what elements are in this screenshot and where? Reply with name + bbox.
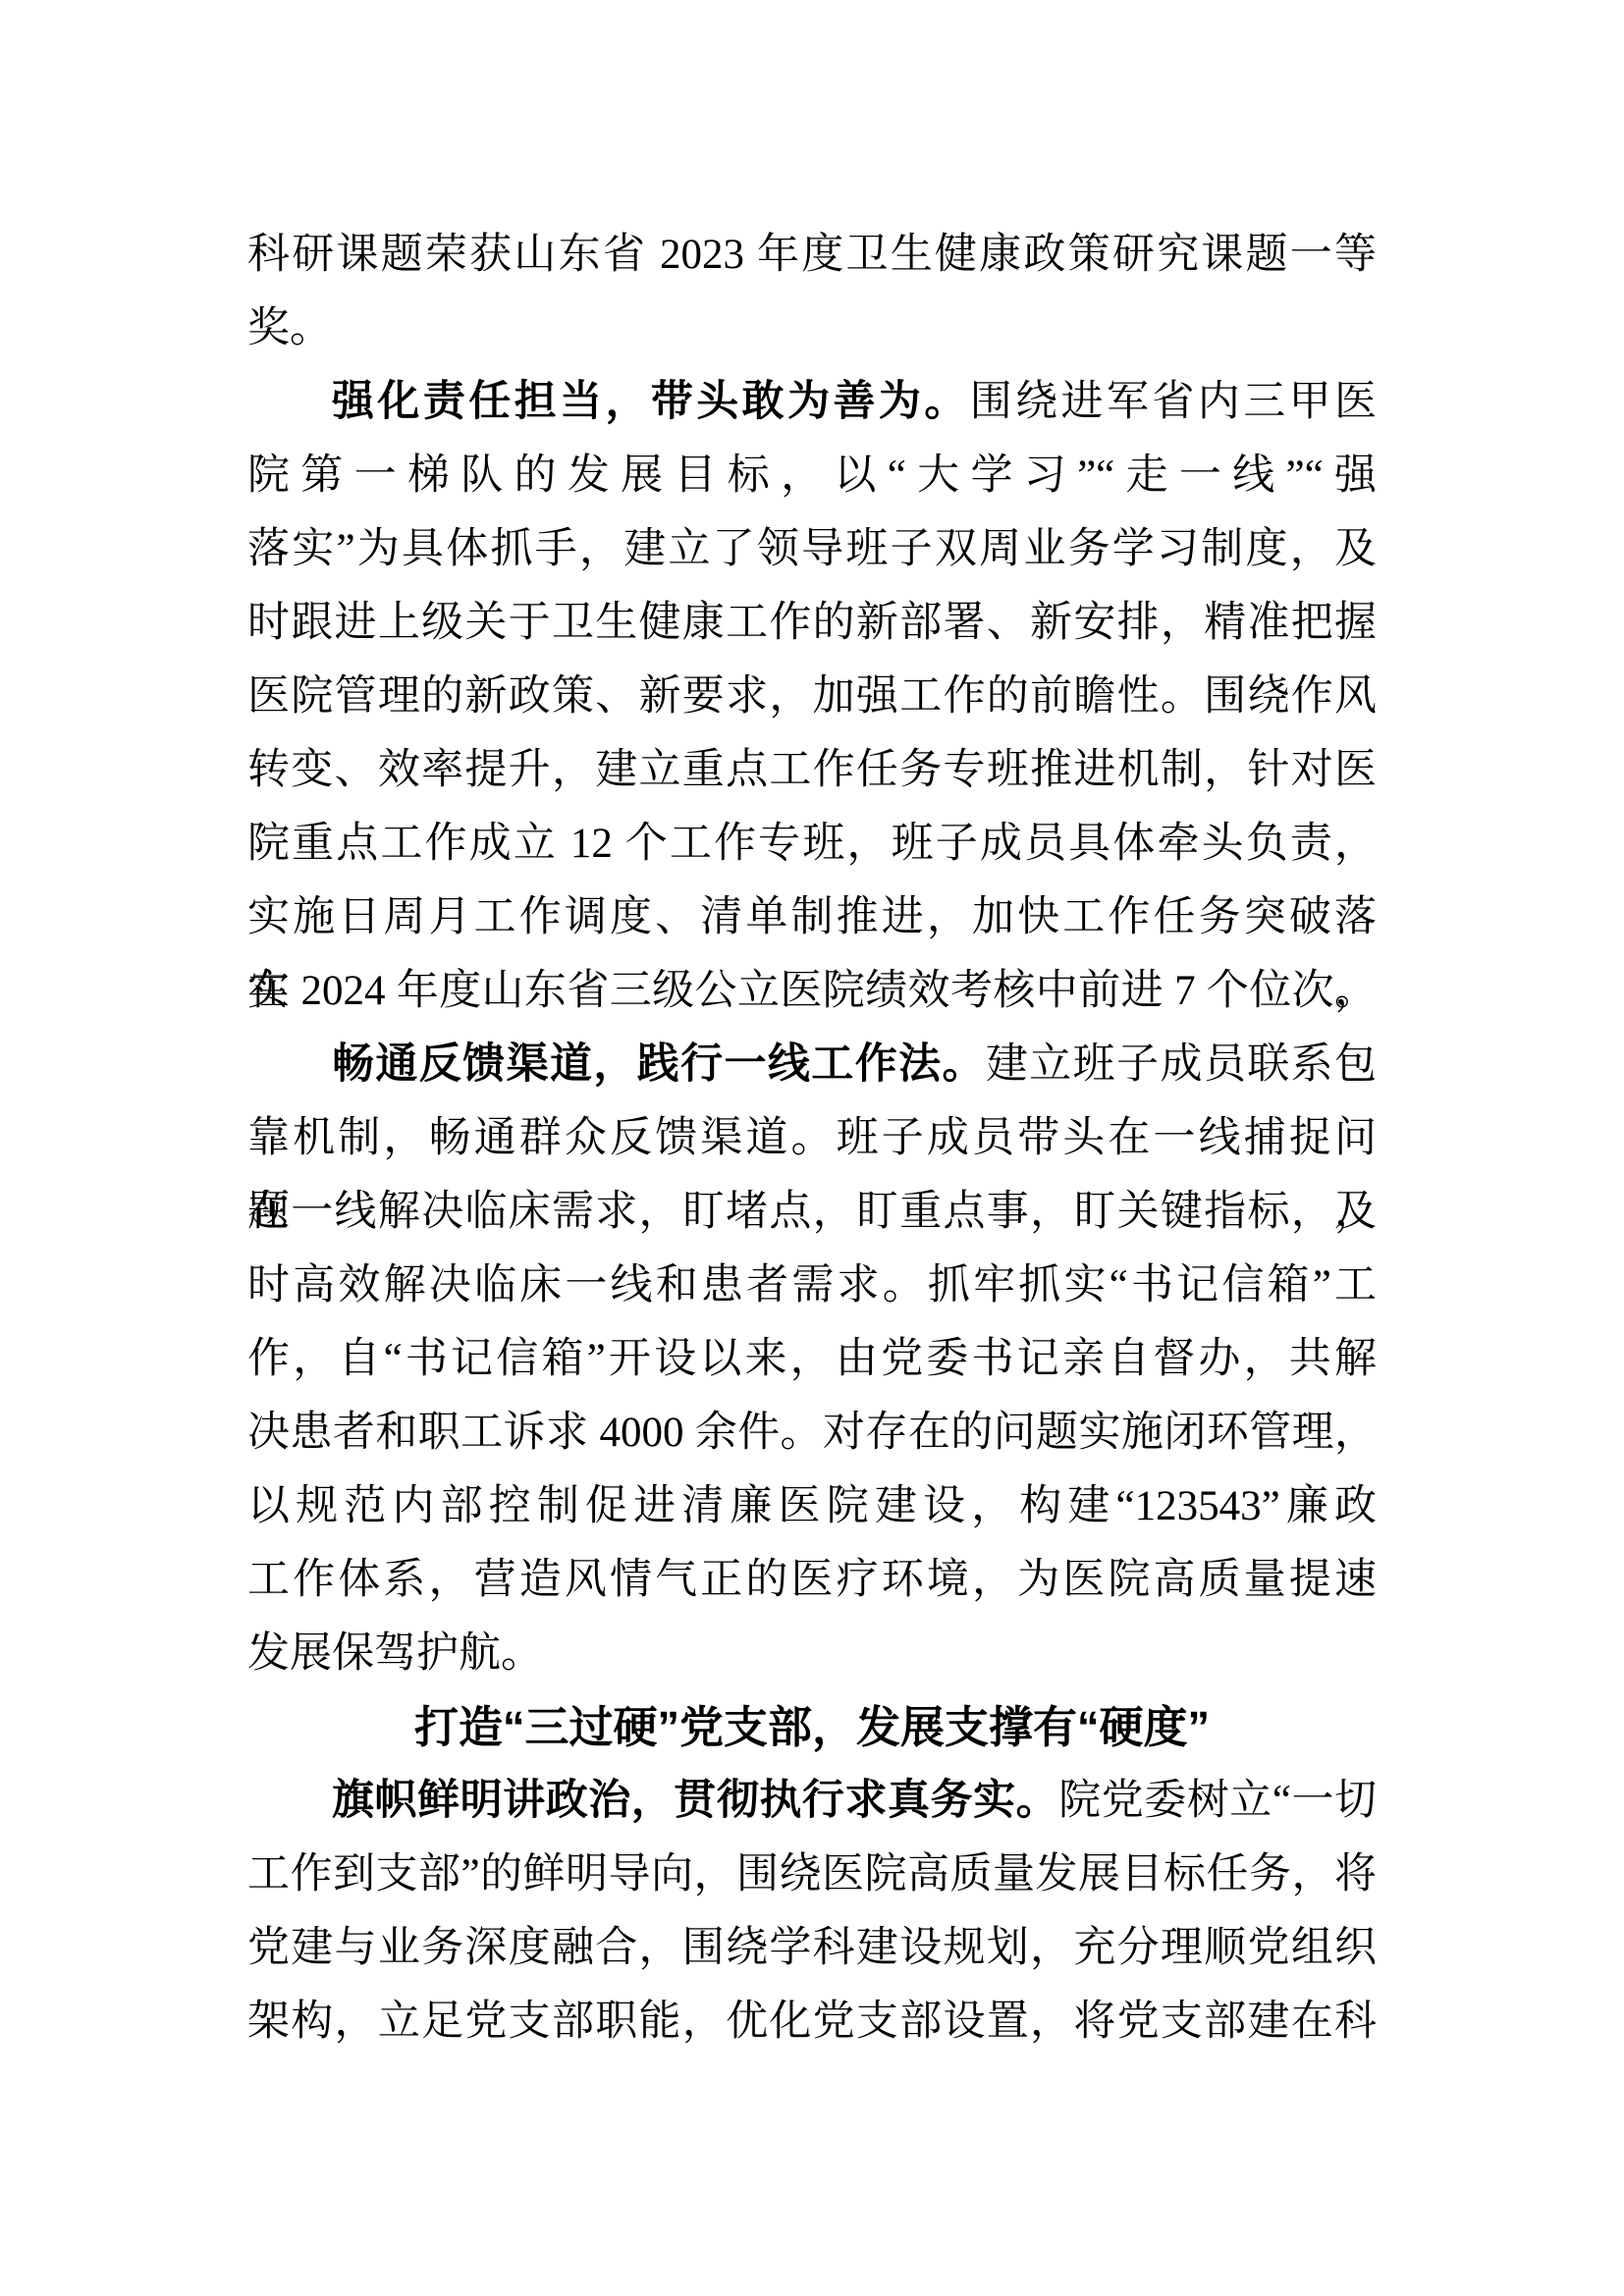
text-line: 时跟进上级关于卫生健康工作的新部署、新安排，精准把握 [247,586,1377,660]
text-line: 作，自“书记信箱”开设以来，由党委书记亲自督办，共解 [247,1322,1377,1396]
section-heading: 打造“三过硬”党支部，发展支撑有“硬度” [247,1690,1377,1764]
line-text: 院重点工作成立 12 个工作专班，班子成员具体牵头负责， [247,821,1377,867]
text-line: 架构，立足党支部职能，优化党支部设置，将党支部建在科 [247,1985,1377,2058]
text-line: 院重点工作成立 12 个工作专班，班子成员具体牵头负责， [247,807,1377,881]
line-text: 决患者和职工诉求 4000 余件。对存在的问题实施闭环管理， [247,1410,1377,1456]
line-text: 以规范内部控制促进清廉医院建设，构建“123543”廉政 [247,1483,1377,1529]
text-line: 在一线解决临床需求，盯堵点，盯重点事，盯关键指标，及 [247,1175,1377,1249]
line-text: 架构，立足党支部职能，优化党支部设置，将党支部建在科 [247,1999,1377,2045]
text-line: 发展保驾护航。 [247,1617,1377,1690]
text-line: 转变、效率提升，建立重点工作任务专班推进机制，针对医 [247,733,1377,807]
line-text: 围绕进军省内三甲医 [970,379,1377,425]
line-text: 工作体系，营造风情气正的医疗环境，为医院高质量提速 [247,1557,1377,1603]
text-line: 畅通反馈渠道，践行一线工作法。建立班子成员联系包 [247,1028,1377,1101]
line-text: 落实”为具体抓手，建立了领导班子双周业务学习制度，及 [247,526,1377,572]
text-line: 工作到支部”的鲜明导向，围绕医院高质量发展目标任务，将 [247,1838,1377,1911]
line-text: 院党委树立“一切 [1058,1778,1377,1824]
line-text: 工作到支部”的鲜明导向，围绕医院高质量发展目标任务，将 [247,1851,1377,1897]
line-text: 建立班子成员联系包 [986,1041,1377,1088]
text-line: 旗帜鲜明讲政治，贯彻执行求真务实。院党委树立“一切 [247,1764,1377,1838]
paragraph-lead-in: 强化责任担当，带头敢为善为。 [332,379,970,425]
text-line: 科研课题荣获山东省 2023 年度卫生健康政策研究课题一等 [247,218,1377,292]
text-line: 党建与业务深度融合，围绕学科建设规划，充分理顺党组织 [247,1911,1377,1985]
text-line: 落实”为具体抓手，建立了领导班子双周业务学习制度，及 [247,512,1377,586]
line-text: 奖。 [247,305,332,351]
paragraph-lead-in: 畅通反馈渠道，践行一线工作法。 [332,1041,986,1088]
line-text: 转变、效率提升，建立重点工作任务专班推进机制，针对医 [247,747,1377,793]
line-text: 时跟进上级关于卫生健康工作的新部署、新安排，精准把握 [247,600,1377,646]
line-text: 院第一梯队的发展目标，以“大学习”“走一线”“强 [247,453,1377,499]
document-page: 科研课题荣获山东省 2023 年度卫生健康政策研究课题一等 奖。 强化责任担当，… [0,0,1624,2296]
line-text: 在 2024 年度山东省三级公立医院绩效考核中前进 7 个位次。 [247,968,1377,1014]
line-text: 科研课题荣获山东省 2023 年度卫生健康政策研究课题一等 [247,232,1377,278]
text-line: 靠机制，畅通群众反馈渠道。班子成员带头在一线捕捉问题， [247,1101,1377,1175]
line-text: 作，自“书记信箱”开设以来，由党委书记亲自督办，共解 [247,1336,1377,1382]
paragraph-lead-in: 旗帜鲜明讲政治，贯彻执行求真务实。 [332,1778,1058,1824]
line-text: 医院管理的新政策、新要求，加强工作的前瞻性。围绕作风 [247,673,1377,720]
text-line: 决患者和职工诉求 4000 余件。对存在的问题实施闭环管理， [247,1396,1377,1469]
text-line: 实施日周月工作调度、清单制推进，加快工作任务突破落实， [247,881,1377,954]
text-line: 医院管理的新政策、新要求，加强工作的前瞻性。围绕作风 [247,660,1377,733]
line-text: 发展保驾护航。 [247,1630,543,1677]
text-line: 工作体系，营造风情气正的医疗环境，为医院高质量提速 [247,1543,1377,1617]
line-text: 党建与业务深度融合，围绕学科建设规划，充分理顺党组织 [247,1925,1377,1971]
text-line: 强化责任担当，带头敢为善为。围绕进军省内三甲医 [247,365,1377,439]
text-line: 奖。 [247,292,1377,365]
text-line: 以规范内部控制促进清廉医院建设，构建“123543”廉政 [247,1469,1377,1543]
text-line: 院第一梯队的发展目标，以“大学习”“走一线”“强 [247,439,1377,512]
text-line: 时高效解决临床一线和患者需求。抓牢抓实“书记信箱”工 [247,1249,1377,1322]
text-line: 在 2024 年度山东省三级公立医院绩效考核中前进 7 个位次。 [247,954,1377,1028]
line-text: 在一线解决临床需求，盯堵点，盯重点事，盯关键指标，及 [247,1189,1377,1235]
document-body: 科研课题荣获山东省 2023 年度卫生健康政策研究课题一等 奖。 强化责任担当，… [247,218,1377,2058]
line-text: 时高效解决临床一线和患者需求。抓牢抓实“书记信箱”工 [247,1262,1377,1308]
